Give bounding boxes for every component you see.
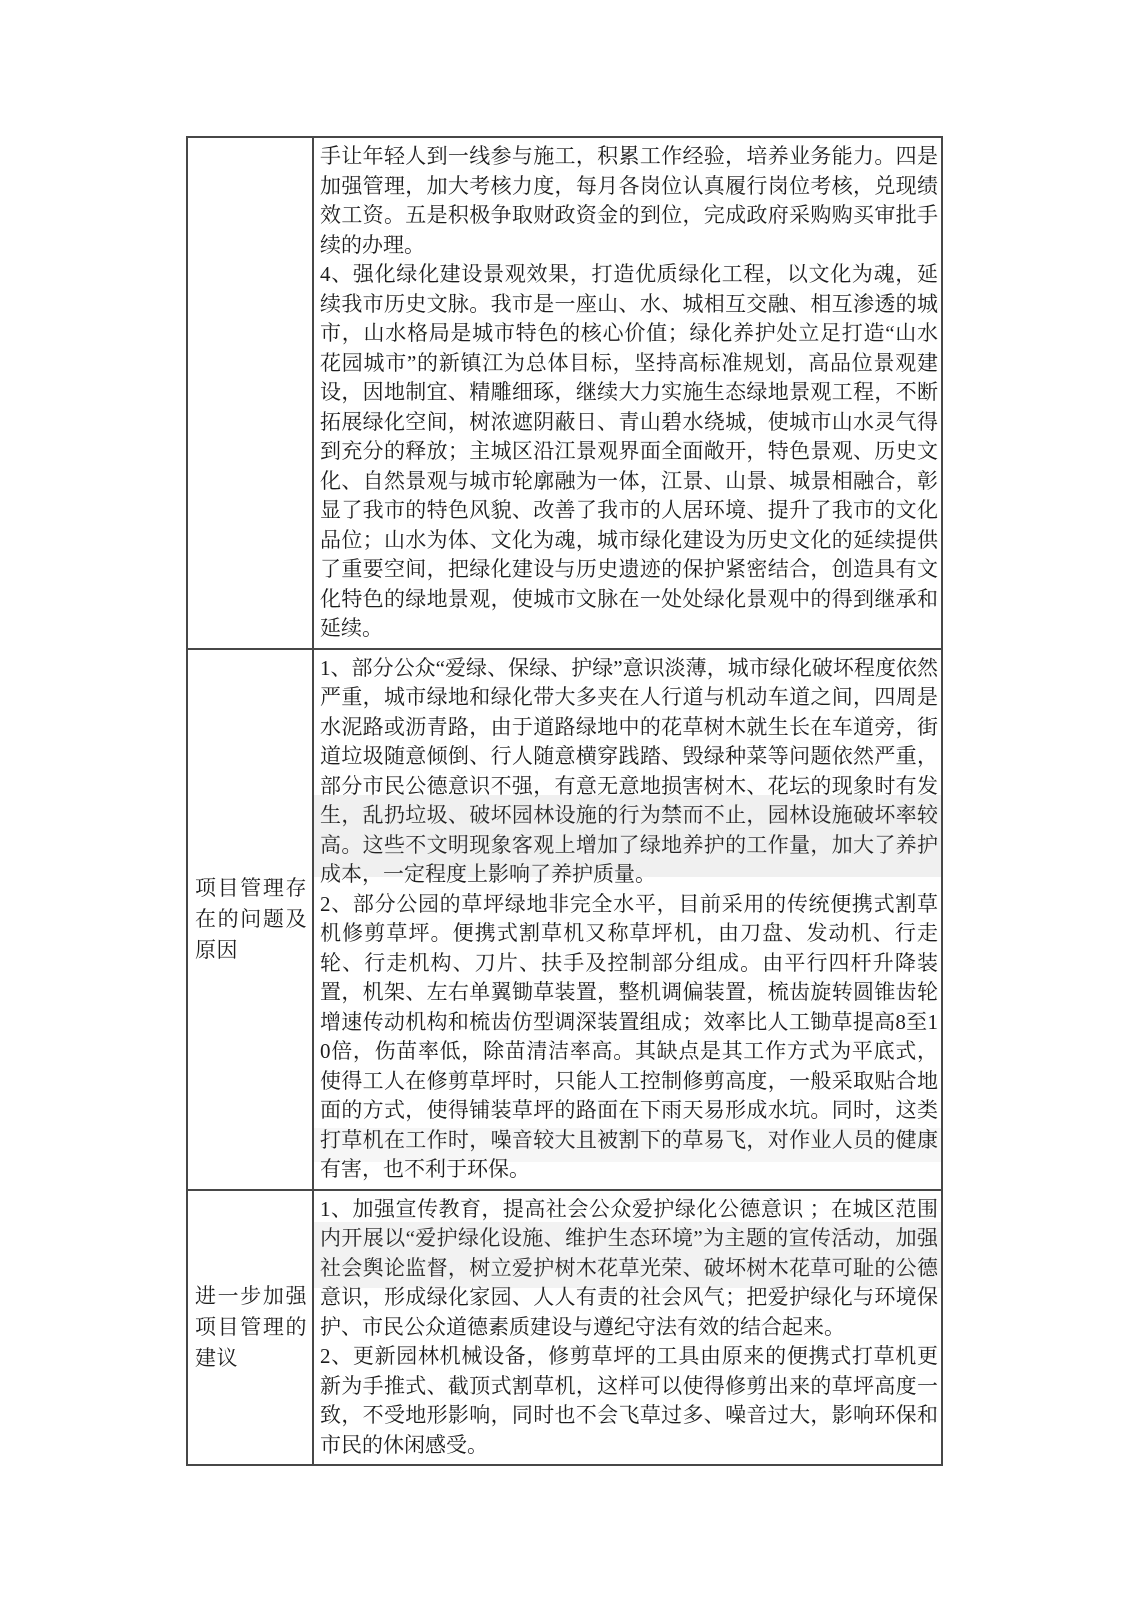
row-header-cell: 项目管理存在的问题及原因 [188, 650, 314, 1189]
row-header-cell: 进一步加强项目管理的建议 [188, 1191, 314, 1465]
document-page: 手让年轻人到一线参与施工，积累工作经验，培养业务能力。四是加强管理，加大考核力度… [0, 0, 1130, 1600]
paragraph: 1、加强宣传教育，提高社会公众爱护绿化公德意识 ；在城区范围内开展以“爱护绿化设… [320, 1195, 938, 1343]
table-row-suggestions: 进一步加强项目管理的建议 1、加强宣传教育，提高社会公众爱护绿化公德意识 ；在城… [188, 1189, 941, 1465]
table-row-continuation: 手让年轻人到一线参与施工，积累工作经验，培养业务能力。四是加强管理，加大考核力度… [188, 138, 941, 648]
row-content-cell: 1、加强宣传教育，提高社会公众爱护绿化公德意识 ；在城区范围内开展以“爱护绿化设… [314, 1191, 941, 1465]
row-content-cell: 1、部分公众“爱绿、保绿、护绿”意识淡薄，城市绿化破坏程度依然严重，城市绿地和绿… [314, 650, 941, 1189]
paragraph: 2、更新园林机械设备，修剪草坪的工具由原来的便携式打草机更新为手推式、截顶式割草… [320, 1342, 938, 1460]
table-row-problems: 项目管理存在的问题及原因 1、部分公众“爱绿、保绿、护绿”意识淡薄，城市绿化破坏… [188, 648, 941, 1189]
row-header-cell [188, 138, 314, 648]
row-header-label: 项目管理存在的问题及原因 [195, 873, 307, 966]
report-table: 手让年轻人到一线参与施工，积累工作经验，培养业务能力。四是加强管理，加大考核力度… [186, 136, 943, 1466]
paragraph: 手让年轻人到一线参与施工，积累工作经验，培养业务能力。四是加强管理，加大考核力度… [320, 142, 938, 260]
row-header-label: 进一步加强项目管理的建议 [195, 1281, 307, 1374]
row-content-cell: 手让年轻人到一线参与施工，积累工作经验，培养业务能力。四是加强管理，加大考核力度… [314, 138, 941, 648]
paragraph: 2、部分公园的草坪绿地非完全水平，目前采用的传统便携式割草机修剪草坪。便携式割草… [320, 890, 938, 1185]
paragraph: 4、强化绿化建设景观效果，打造优质绿化工程，以文化为魂，延续我市历史文脉。我市是… [320, 260, 938, 644]
paragraph: 1、部分公众“爱绿、保绿、护绿”意识淡薄，城市绿化破坏程度依然严重，城市绿地和绿… [320, 654, 938, 890]
